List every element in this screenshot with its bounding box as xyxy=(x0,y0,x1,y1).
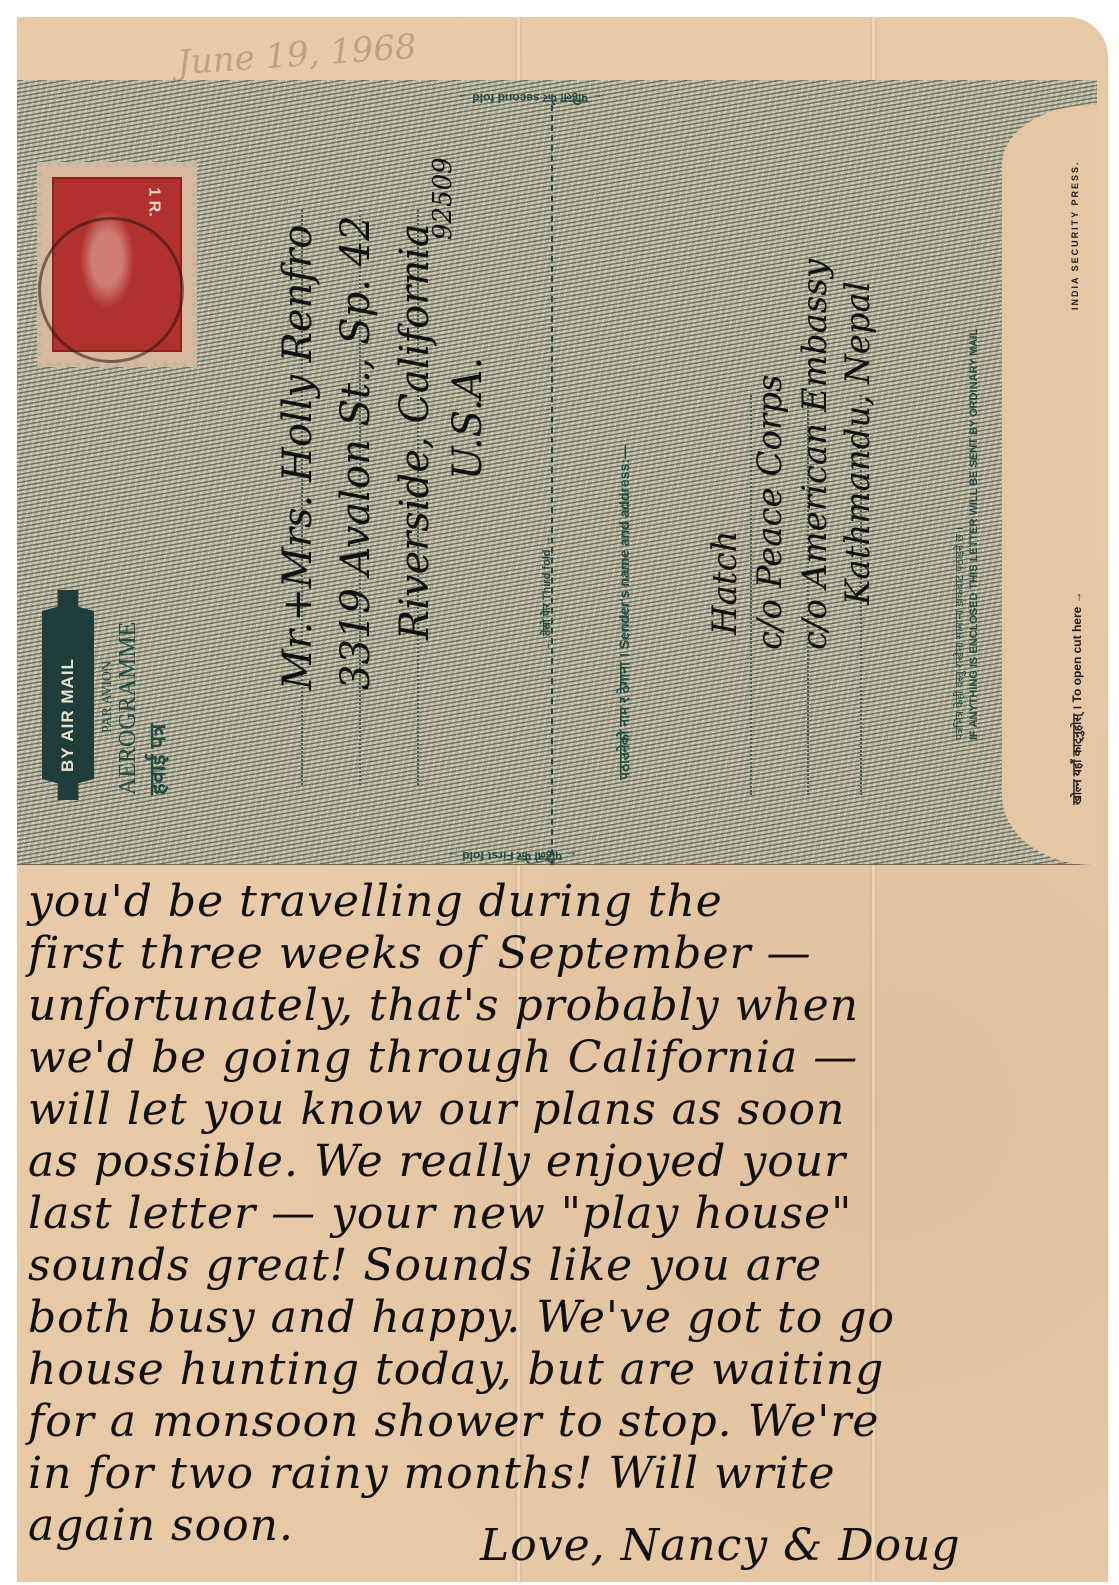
letter-line: will let you know our plans as soon xyxy=(28,1088,845,1132)
letter-line: as possible. We really enjoyed your xyxy=(28,1140,846,1184)
recipient-line: 3319 Avalon St., Sp. 42 xyxy=(333,215,379,690)
recipient-line: Mr.+Mrs. Holly Renfro xyxy=(275,225,321,690)
warning-nepali: पत्रभित्र केही वस्तु राखेमा सामान्य डाकब… xyxy=(952,527,967,740)
aerogramme-title-hindi: हवाई पत्र xyxy=(142,724,172,795)
sender-line: Kathmandu, Nepal xyxy=(838,281,878,605)
sender-line: c/o Peace Corps xyxy=(750,375,790,650)
sender-line: Hatch xyxy=(705,530,745,635)
stamp-value: 1 R. xyxy=(144,187,162,216)
letter-line: house hunting today, but are waiting xyxy=(28,1348,884,1392)
second-fold-label: ← पहिला फेर second fold → xyxy=(457,90,603,107)
recipient-line: U.S.A. xyxy=(445,357,491,480)
open-here-instruction: खोल्न यहाँ काट्नुहोस् । To open cut here… xyxy=(1068,591,1085,805)
letter-signature: Love, Nancy & Doug xyxy=(480,1524,961,1568)
airmail-badge-label: BY AIR MAIL xyxy=(58,658,78,772)
printer-imprint: INDIA SECURITY PRESS. xyxy=(1070,160,1080,310)
third-fold-line xyxy=(551,105,553,865)
letter-line: in for two rainy months! Will write xyxy=(28,1452,836,1496)
recipient-zip: 92509 xyxy=(428,157,458,240)
first-fold-label: ← पहिलो फेर First fold → xyxy=(447,848,577,865)
aerogramme-title: AEROGRAMME xyxy=(115,622,142,795)
third-fold-label: ← तेस्रो फेर Third fold → xyxy=(539,535,554,650)
recipient-line: Riverside, California xyxy=(392,223,438,640)
sender-label: पठाउनेको नाम र ठेगाना । Sender's name an… xyxy=(615,445,634,780)
par-avion-label: PAR AVION xyxy=(100,661,116,733)
letter-line: we'd be going through California — xyxy=(28,1036,858,1080)
letter-line: sounds great! Sounds like you are xyxy=(28,1244,822,1288)
letter-line: for a monsoon shower to stop. We're xyxy=(28,1400,879,1444)
letter-line: again soon. xyxy=(28,1504,294,1548)
letter-line: both busy and happy. We've got to go xyxy=(28,1296,895,1340)
faint-pencil-note: June 19, 1968 xyxy=(176,27,418,84)
warning-english: IF ANYTHING IS ENCLOSED THIS LETTER WILL… xyxy=(968,329,980,740)
letter-line: unfortunately, that's probably when xyxy=(28,984,859,1028)
letter-line: you'd be travelling during the xyxy=(28,880,723,924)
letter-line: last letter — your new "play house" xyxy=(28,1192,852,1236)
sender-line: c/o American Embassy xyxy=(795,259,835,650)
postage-stamp: 1 R. xyxy=(37,162,197,367)
letter-line: first three weeks of September — xyxy=(28,932,812,976)
postmark-icon xyxy=(38,217,184,363)
